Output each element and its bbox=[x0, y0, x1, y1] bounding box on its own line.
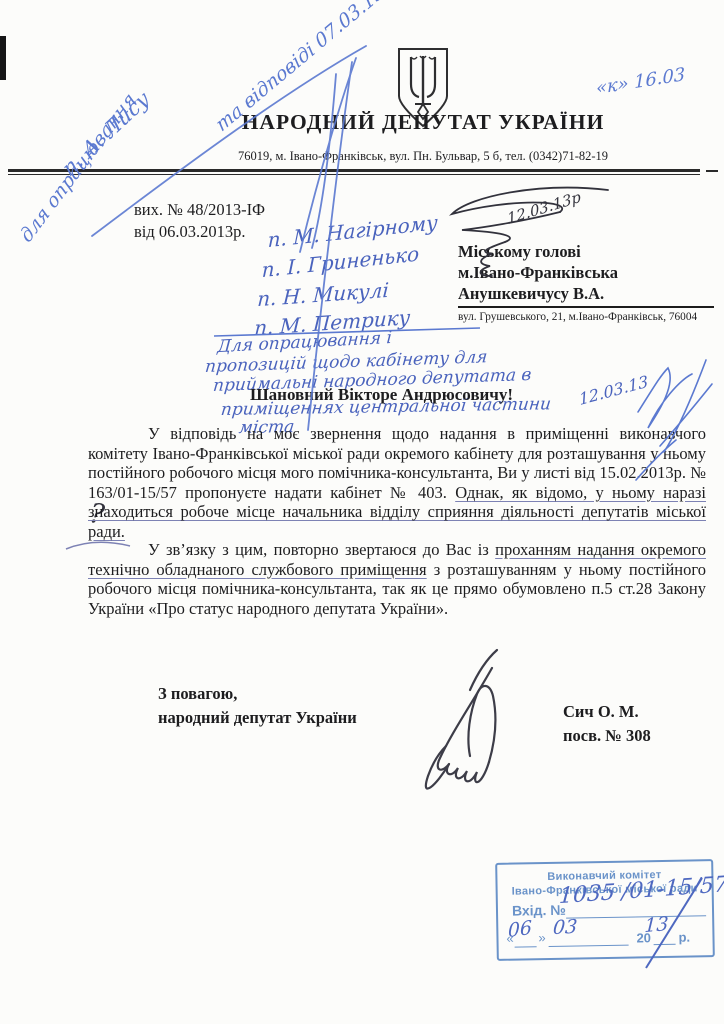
stamp-day-blank bbox=[515, 946, 537, 947]
salutation: Шановний Вікторе Андрюсовичу! bbox=[250, 385, 513, 405]
scanned-letter-page: НАРОДНИЙ ДЕПУТАТ УКРАЇНИ 76019, м. Івано… bbox=[0, 0, 724, 1024]
header-rule-bottom bbox=[8, 174, 700, 175]
handwritten-top-right-note: «к» 16.03 bbox=[596, 64, 685, 99]
stamp-month-blank bbox=[549, 945, 629, 947]
addressee-block: Міському голові м.Івано-Франківська Ануш… bbox=[458, 241, 714, 323]
stamp-year-blank bbox=[654, 944, 676, 945]
addressee-line: Міському голові bbox=[458, 241, 714, 262]
addressee-line: Анушкевичусу В.А. bbox=[458, 283, 714, 308]
stamp-number-blank bbox=[566, 915, 706, 918]
body-paragraph-1: У відповідь на моє звернення щодо наданн… bbox=[88, 424, 706, 542]
paragraph-text: У зв’язку з цим, повторно звертаюся до В… bbox=[148, 540, 495, 559]
handwritten-note-date: 12.03.13 bbox=[578, 372, 649, 409]
addressee-line: м.Івано-Франківська bbox=[458, 262, 714, 283]
handwritten-recipient: п. Н. Микулі bbox=[257, 278, 390, 311]
header-rule-top bbox=[8, 169, 700, 172]
incoming-registration-stamp: Виконавчий комітет Івано-Франківської мі… bbox=[495, 859, 715, 961]
stamp-year-handwritten: 13 bbox=[644, 913, 669, 937]
letterhead-title: НАРОДНИЙ ДЕПУТАТ УКРАЇНИ bbox=[242, 110, 605, 135]
signer-credential: посв. № 308 bbox=[563, 726, 651, 746]
outgoing-number: вих. № 48/2013-ІФ bbox=[134, 200, 265, 220]
stamp-quote-close: » bbox=[538, 930, 545, 945]
stamp-year-suffix: р. bbox=[678, 930, 690, 945]
stamp-month-handwritten: 03 bbox=[552, 916, 578, 939]
outgoing-date: від 06.03.2013р. bbox=[134, 222, 246, 242]
scan-edge-artifact bbox=[0, 36, 6, 80]
letterhead-address: 76019, м. Івано-Франківськ, вул. Пн. Бул… bbox=[238, 149, 608, 164]
signer-name: Сич О. М. bbox=[563, 702, 639, 722]
stamp-day-handwritten: 06 bbox=[508, 917, 532, 943]
signoff-title: народний депутат України bbox=[158, 708, 357, 728]
handwritten-resolution-date: 12.03.13р bbox=[506, 188, 582, 228]
addressee-address: вул. Грушевського, 21, м.Івано-Франківсь… bbox=[458, 308, 714, 323]
signature-scribble bbox=[426, 650, 497, 789]
header-rule-dash bbox=[706, 170, 718, 172]
handwritten-top-left-line2: для опрацювання bbox=[16, 88, 140, 247]
body-paragraph-2: У зв’язку з цим, повторно звертаюся до В… bbox=[88, 540, 706, 618]
signoff-respectfully: З повагою, bbox=[158, 684, 237, 704]
